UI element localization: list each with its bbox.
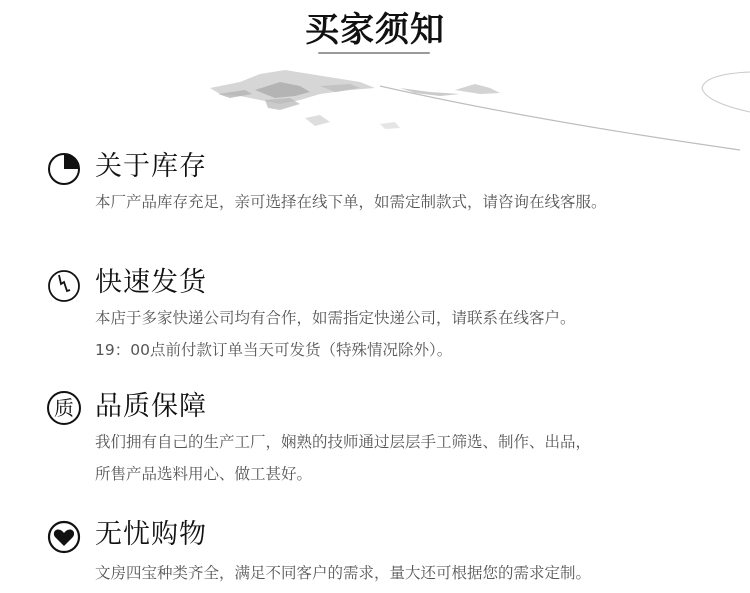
section-text: 我们拥有自己的生产工厂，娴熟的技师通过层层手工筛选、制作、出品， bbox=[95, 431, 591, 453]
section-heading: 快速发货 bbox=[95, 266, 207, 300]
pie-chart-icon bbox=[47, 152, 81, 186]
page-title: 买家须知 bbox=[305, 8, 445, 52]
lightning-icon bbox=[47, 269, 81, 303]
quality-glyph: 质 bbox=[54, 396, 74, 420]
title-underline bbox=[318, 52, 430, 54]
section-text: 所售产品选料用心、做工甚好。 bbox=[95, 463, 312, 485]
page-header: 买家须知 bbox=[0, 8, 750, 52]
section-text: 19：00点前付款订单当天可发货（特殊情况除外）。 bbox=[95, 339, 452, 361]
section-text: 本店于多家快递公司均有合作，如需指定快递公司，请联系在线客户。 bbox=[95, 307, 576, 329]
section-text: 本厂产品库存充足，亲可选择在线下单，如需定制款式，请咨询在线客服。 bbox=[95, 191, 607, 213]
heart-icon bbox=[47, 520, 81, 554]
quality-icon: 质 bbox=[47, 391, 81, 425]
section-heading: 关于库存 bbox=[95, 150, 207, 184]
section-text: 文房四宝种类齐全，满足不同客户的需求，量大还可根据您的需求定制。 bbox=[95, 562, 591, 584]
section-heading: 无忧购物 bbox=[95, 518, 207, 552]
section-heading: 品质保障 bbox=[95, 390, 207, 424]
ink-landscape-illustration bbox=[200, 60, 750, 160]
